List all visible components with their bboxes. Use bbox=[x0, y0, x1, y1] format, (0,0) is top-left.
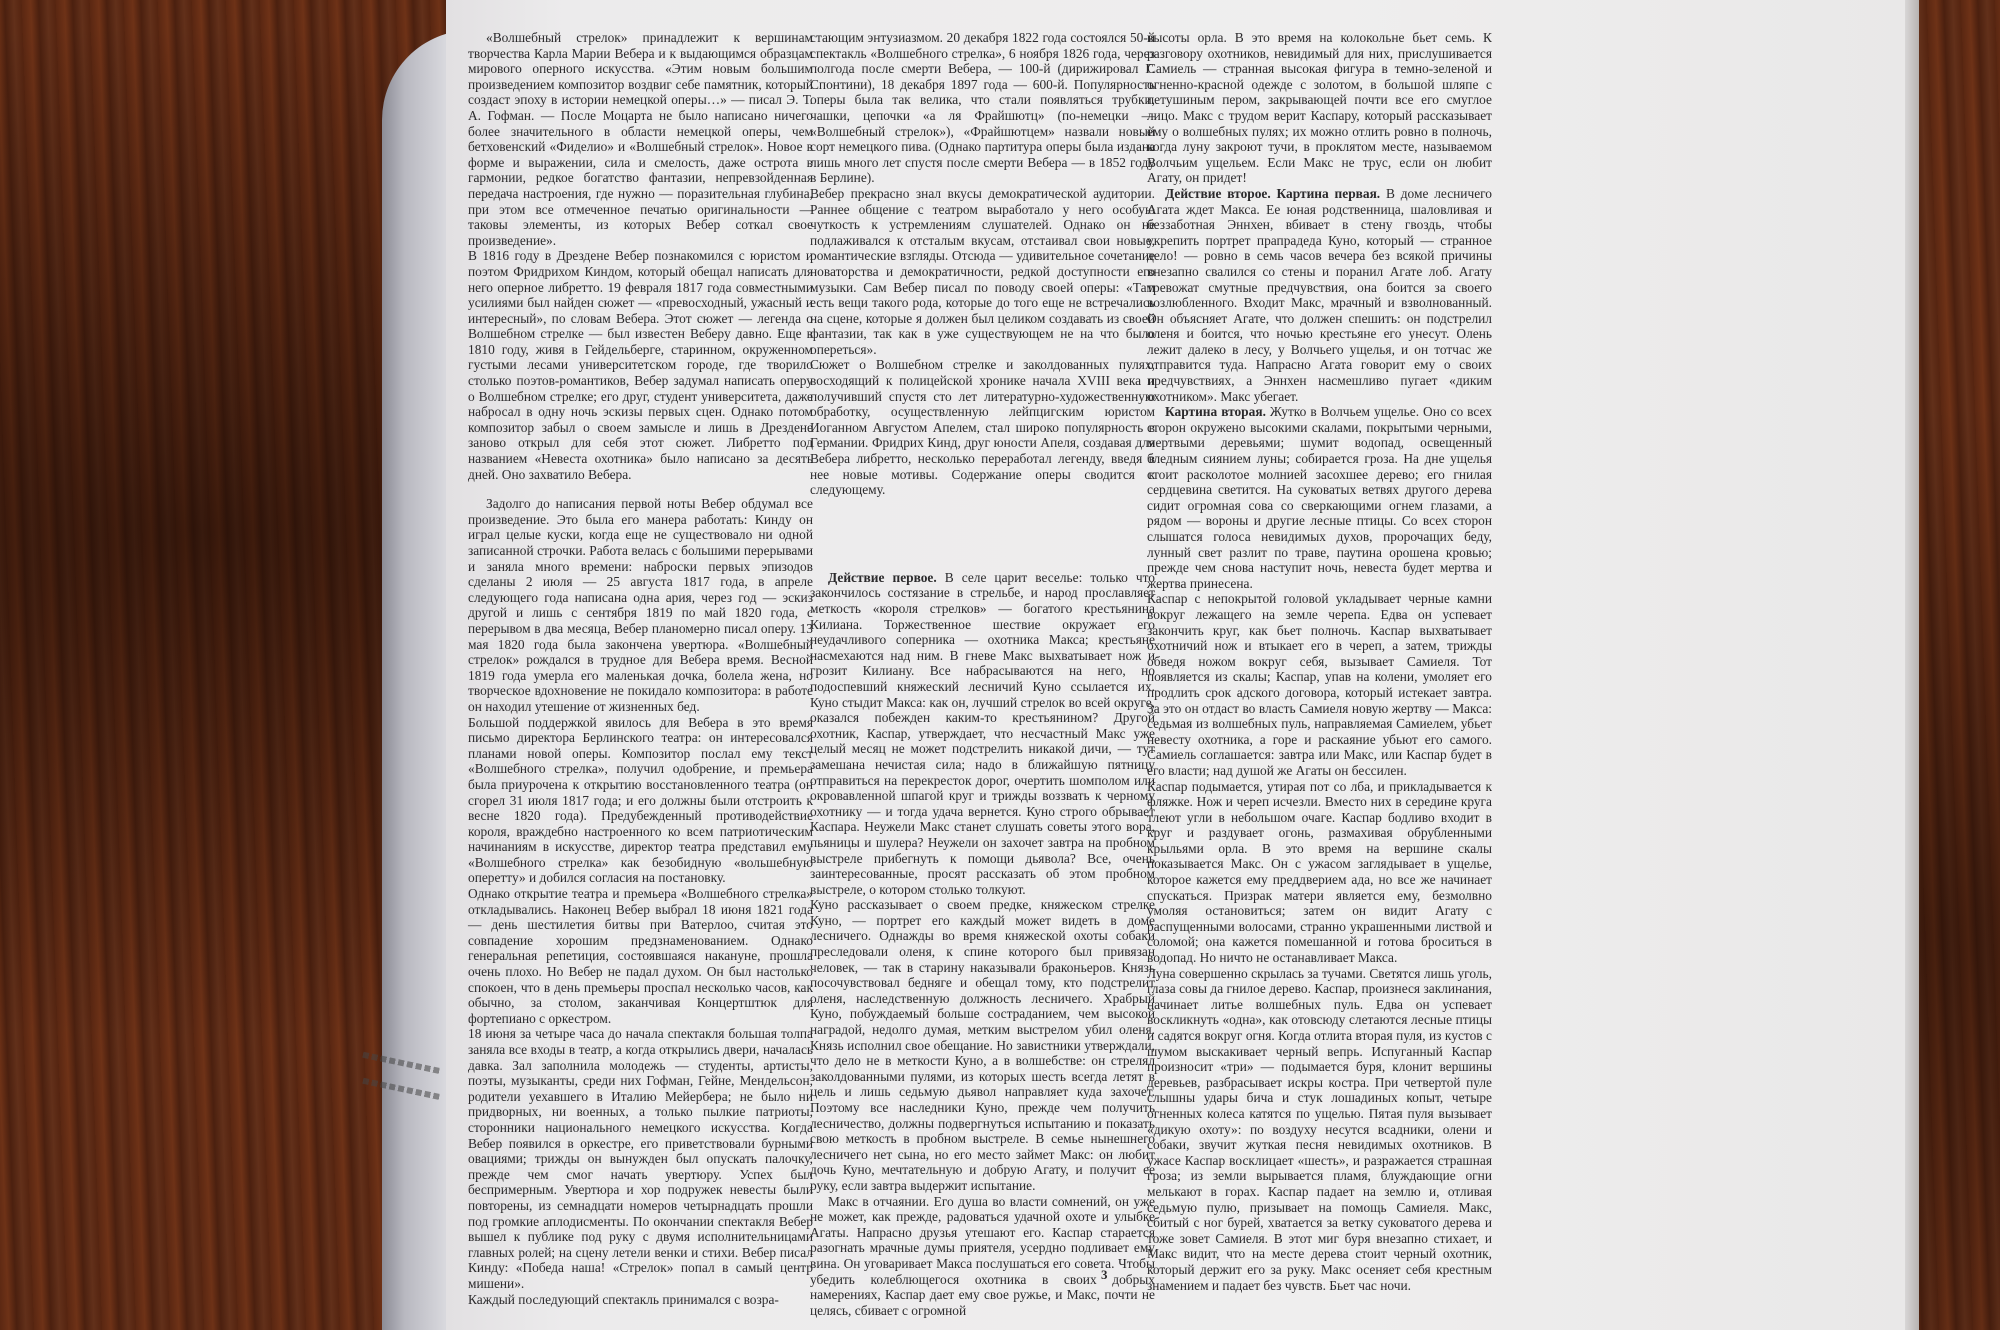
paragraph: Куно рассказывает о своем предке, княжес… bbox=[810, 897, 1155, 1193]
paragraph: Большой поддержкой явилось для Вебера в … bbox=[468, 715, 813, 887]
paragraph: Луна совершенно скрылась за тучами. Свет… bbox=[1147, 966, 1492, 1293]
page-edge bbox=[1905, 0, 1919, 1330]
text-column-3: высоты орла. В это время на колокольне б… bbox=[1147, 30, 1492, 1293]
paragraph: 18 июня за четыре часа до начала спектак… bbox=[468, 1026, 813, 1291]
paragraph: Каждый последующий спектакль принимался … bbox=[468, 1292, 813, 1308]
section-heading: Действие первое. bbox=[828, 570, 937, 585]
paragraph-text: Жутко в Волчьем ущелье. Оно со всех стор… bbox=[1147, 404, 1492, 591]
paragraph: Каспар с непокрытой головой укладывает ч… bbox=[1147, 591, 1492, 778]
paragraph: Каспар подымается, утирая пот со лба, и … bbox=[1147, 779, 1492, 966]
text-column-2: стающим энтузиазмом. 20 декабря 1822 год… bbox=[810, 30, 1155, 1318]
paragraph-act-two: Действие второе. Картина первая. В доме … bbox=[1147, 186, 1492, 404]
spacer bbox=[810, 498, 1155, 570]
section-heading: Картина вторая. bbox=[1165, 404, 1266, 419]
paragraph-text: В доме лесничего Агата ждет Макса. Ее юн… bbox=[1147, 186, 1492, 404]
paragraph: Задолго до написания первой ноты Вебер о… bbox=[468, 496, 813, 714]
section-heading: Действие второе. Картина первая. bbox=[1165, 186, 1380, 201]
page-number: 3 bbox=[1101, 1267, 1108, 1283]
paragraph: Макс в отчаянии. Его душа во власти сомн… bbox=[810, 1194, 1155, 1319]
paragraph: стающим энтузиазмом. 20 декабря 1822 год… bbox=[810, 30, 1155, 186]
paragraph-act-one: Действие первое. В селе царит веселье: т… bbox=[810, 570, 1155, 897]
paragraph-scene-two: Картина вторая. Жутко в Волчьем ущелье. … bbox=[1147, 404, 1492, 591]
text-column-1: «Волшебный стрелок» принадлежит к вершин… bbox=[468, 30, 813, 1307]
paragraph: Однако открытие театра и премьера «Волше… bbox=[468, 886, 813, 1026]
paragraph: Сюжет о Волшебном стрелке и заколдованны… bbox=[810, 357, 1155, 497]
paragraph: Вебер прекрасно знал вкусы демократическ… bbox=[810, 186, 1155, 358]
paragraph-text: В селе царит веселье: только что закончи… bbox=[810, 570, 1155, 897]
paragraph: В 1816 году в Дрездене Вебер познакомилс… bbox=[468, 248, 813, 482]
paragraph: высоты орла. В это время на колокольне б… bbox=[1147, 30, 1492, 186]
paragraph: «Волшебный стрелок» принадлежит к вершин… bbox=[468, 30, 813, 248]
